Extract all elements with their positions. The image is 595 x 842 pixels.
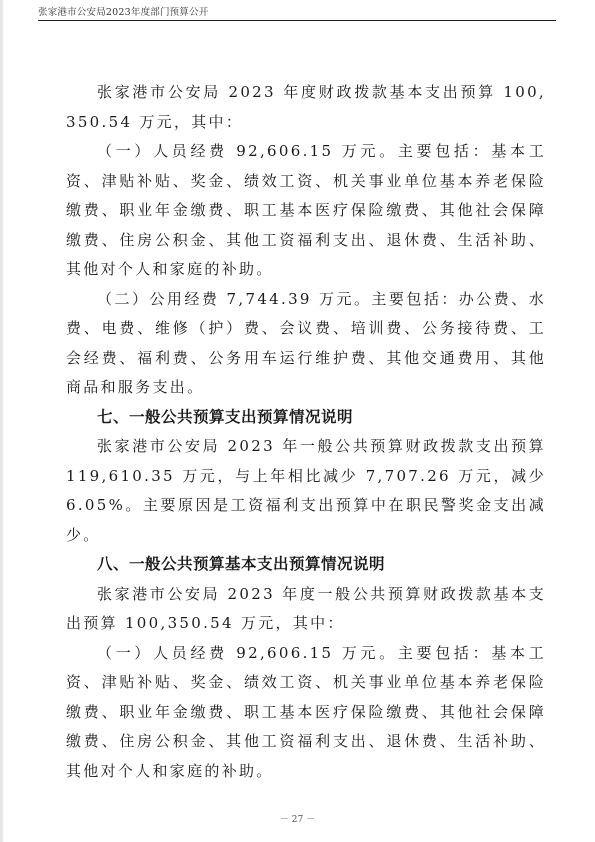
paragraph-personnel-expenses-2: （一）人员经费 92,606.15 万元。主要包括：基本工资、津贴补贴、奖金、绩… <box>66 639 546 787</box>
paragraph-general-basic-expenditure: 张家港市公安局 2023 年度一般公共预算财政拨款基本支出预算 100,350.… <box>66 580 546 639</box>
page-number: － 27 － <box>0 812 595 825</box>
paragraph-public-expenses: （二）公用经费 7,744.39 万元。主要包括：办公费、水费、电费、维修（护）… <box>66 285 546 403</box>
paragraph-basic-expenditure: 张家港市公安局 2023 年度财政拨款基本支出预算 100,350.54 万元，… <box>66 78 546 137</box>
section-heading-7: 七、一般公共预算支出预算情况说明 <box>66 403 546 433</box>
page-edge <box>0 0 3 842</box>
paragraph-personnel-expenses: （一）人员经费 92,606.15 万元。主要包括：基本工资、津贴补贴、奖金、绩… <box>66 137 546 285</box>
section-heading-8: 八、一般公共预算基本支出预算情况说明 <box>66 550 546 580</box>
header-title: 张家港市公安局2023年度部门预算公开 <box>38 7 556 18</box>
page-header: 张家港市公安局2023年度部门预算公开 <box>38 7 556 21</box>
paragraph-general-budget: 张家港市公安局 2023 年一般公共预算财政拨款支出预算 119,610.35 … <box>66 432 546 550</box>
document-body: 张家港市公安局 2023 年度财政拨款基本支出预算 100,350.54 万元，… <box>66 78 546 786</box>
